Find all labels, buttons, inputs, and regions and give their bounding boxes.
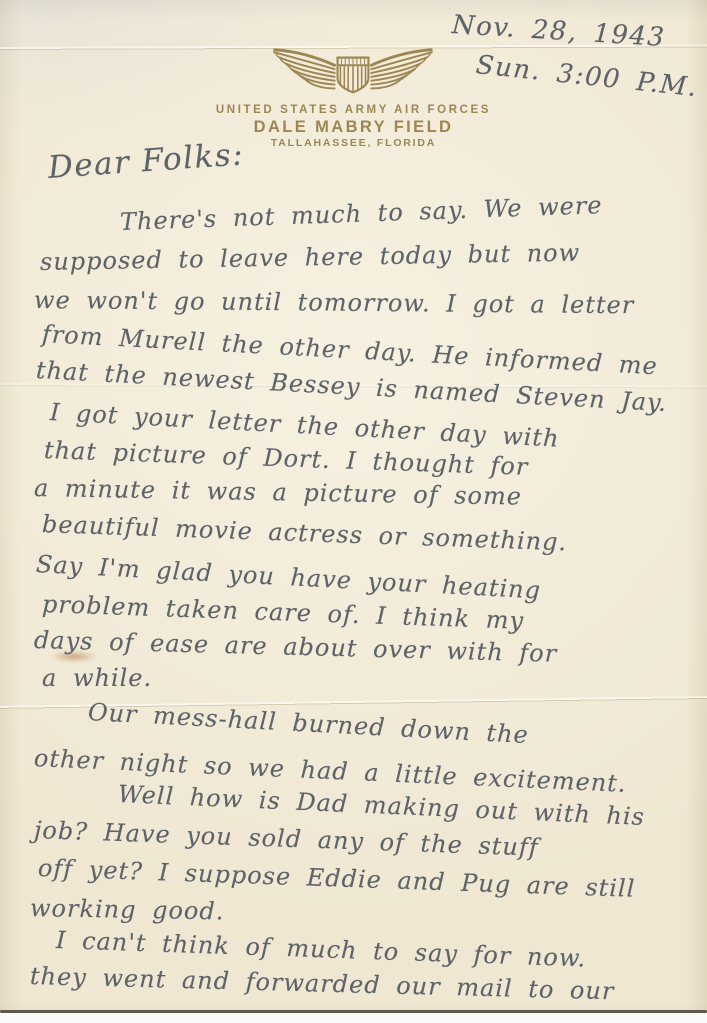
letter-line: a minute it was a picture of some bbox=[34, 474, 522, 511]
letter-page: Nov. 28, 1943 Sun. 3:00 P.M. bbox=[0, 0, 707, 1023]
date-line-2: Sun. 3:00 P.M. bbox=[474, 50, 699, 103]
scanner-background bbox=[0, 1013, 707, 1023]
letterhead-field-name: DALE MABRY FIELD bbox=[0, 118, 707, 137]
letterhead-branch: UNITED STATES ARMY AIR FORCES bbox=[0, 104, 707, 116]
pilot-wings-icon bbox=[269, 45, 437, 101]
letter-line: There's not much to say. We were bbox=[120, 191, 603, 236]
letter-line: working good. bbox=[30, 894, 225, 925]
letter-line: we won't go until tomorrow. I got a lett… bbox=[34, 286, 635, 319]
letter-line: supposed to leave here today but now bbox=[40, 239, 581, 276]
letter-line: beautiful movie actress or something. bbox=[42, 510, 568, 556]
letter-line: a while. bbox=[42, 664, 152, 692]
